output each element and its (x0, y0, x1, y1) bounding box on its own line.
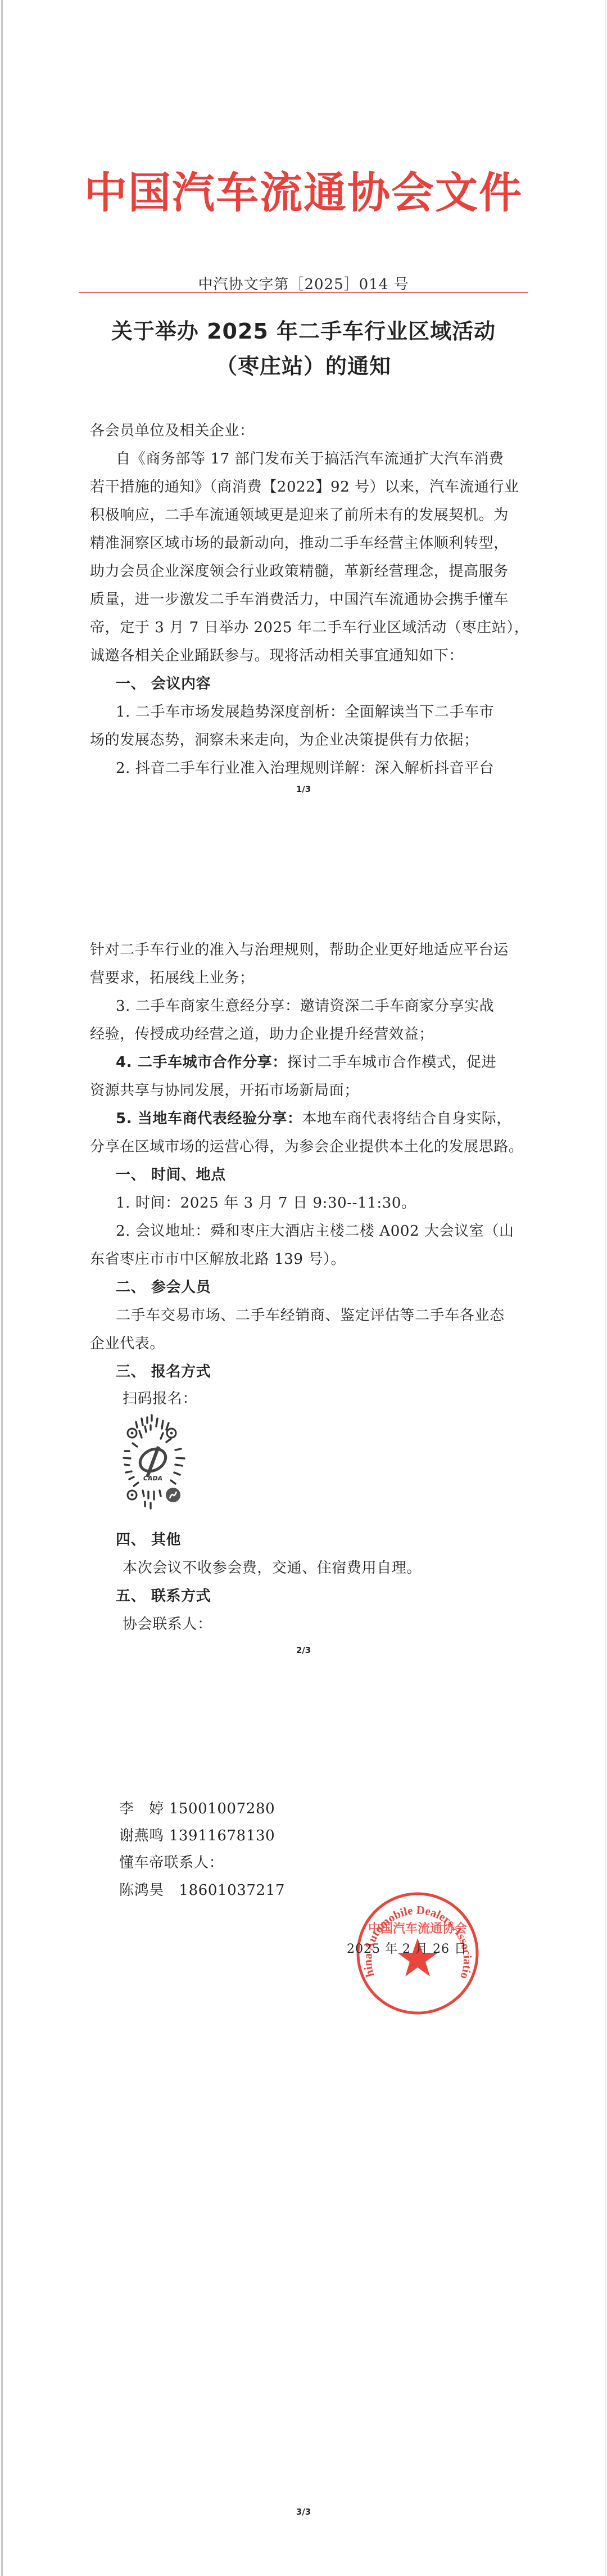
section-heading-contacts: 五、 联系方式 (116, 1584, 560, 1605)
agenda-item-4-label: 4. 二手车城市合作分享： (116, 1054, 287, 1071)
agenda-item-2-cont: 营要求，拓展线上业务； (90, 966, 534, 987)
svg-text:CADA: CADA (143, 1475, 162, 1482)
intro-line: 若干措施的通知》（商消费【2022】92 号）以来，汽车流通行业 (90, 475, 534, 496)
contact-row: 李 婷 15001007280 (119, 1797, 563, 1818)
agenda-item-1-cont: 场的发展态势，洞察未来走向，为企业决策提供有力依据； (90, 728, 534, 749)
attendees-text: 二手车交易市场、二手车经销商、鉴定评估等二手车各业态 (116, 1304, 560, 1325)
intro-line: 积极响应，二手车流通领域更是迎来了前所未有的发展契机。为 (90, 503, 534, 524)
contact-row: 陈鸿昊 18601037217 (119, 1879, 563, 1899)
issue-date: 2025 年 2 月 26 日 (347, 1939, 467, 1957)
registration-qr-code[interactable]: CADA (112, 1406, 197, 1513)
scan-label: 扫码报名： (123, 1387, 567, 1408)
agenda-item-2: 2. 抖音二手车行业准入治理规则详解：深入解析抖音平台 (116, 756, 560, 777)
document-title-line1: 关于举办 2025 年二手车行业区域活动 (0, 314, 607, 345)
agenda-item-4: 4. 二手车城市合作分享：探讨二手车城市合作模式，促进 (116, 1051, 560, 1071)
meeting-address-cont: 东省枣庄市市中区解放北路 139 号）。 (90, 1248, 534, 1268)
agenda-item-1: 1. 二手车市场发展趋势深度剖析：全面解读当下二手车市 (116, 700, 560, 721)
page-edge (605, 0, 606, 2576)
contact-name: 李 婷 (119, 1800, 164, 1817)
intro-line: 助力会员企业深度领会行业政策精髓，革新经营理念，提高服务 (90, 560, 534, 580)
page-number: 3/3 (0, 2507, 607, 2517)
contact-phone: 13911678130 (169, 1827, 275, 1844)
contact-phone: 15001007280 (169, 1800, 275, 1817)
salutation: 各会员单位及相关企业： (90, 419, 534, 440)
page-edge (1, 0, 3, 2576)
contact-name: 谢燕鸣 (119, 1827, 164, 1844)
section-heading-attendees: 二、 参会人员 (116, 1276, 560, 1296)
red-divider (79, 292, 528, 293)
meeting-address: 2. 会议地址：舜和枣庄大酒店主楼二楼 A002 大会议室（山 (116, 1219, 560, 1240)
other-text: 本次会议不收参会费，交通、住宿费用自理。 (123, 1556, 567, 1577)
page-number: 2/3 (0, 1645, 607, 1655)
agenda-item-4-text: 探讨二手车城市合作模式，促进 (287, 1054, 496, 1071)
intro-line: 质量，进一步激发二手车消费活力，中国汽车流通协会携手懂车 (90, 588, 534, 609)
agenda-item-5-label: 5. 当地车商代表经验分享： (116, 1110, 302, 1127)
section-heading-registration: 三、 报名方式 (116, 1360, 560, 1381)
intro-line: 自《商务部等 17 部门发布关于搞活汽车流通扩大汽车消费 (116, 447, 560, 468)
contact-phone: 18601037217 (179, 1882, 285, 1899)
section-heading-time-place: 一、 时间、地点 (116, 1163, 560, 1184)
mini-program-code-icon: CADA (112, 1406, 197, 1513)
org-red-header: 中国汽车流通协会文件 (0, 159, 607, 220)
svg-text:中国汽车流通协会: 中国汽车流通协会 (368, 1921, 467, 1936)
agenda-item-2-cont: 针对二手车行业的准入与治理规则，帮助企业更好地适应平台运 (90, 938, 534, 959)
attendees-text-cont: 企业代表。 (90, 1332, 534, 1353)
agenda-item-3-cont: 经验，传授成功经营之道，助力企业提升经营效益； (90, 1023, 534, 1043)
agenda-item-4-cont: 资源共享与协同发展，开拓市场新局面； (90, 1079, 534, 1100)
meeting-time: 1. 时间：2025 年 3 月 7 日 9:30--11:30。 (116, 1191, 560, 1212)
agenda-item-5-text: 本地车商代表将结合自身实际， (302, 1110, 511, 1127)
document-title-line2: （枣庄站）的通知 (0, 349, 607, 380)
section-heading-other: 四、 其他 (116, 1528, 560, 1549)
section-heading-content: 一、 会议内容 (116, 672, 560, 693)
agenda-item-5: 5. 当地车商代表经验分享：本地车商代表将结合自身实际， (116, 1107, 560, 1128)
intro-line: 诚邀各相关企业踊跃参与。现将活动相关事宜通知如下： (90, 644, 534, 665)
intro-line: 精准洞察区域市场的最新动向，推动二手车经营主体顺利转型， (90, 532, 534, 552)
document-number: 中汽协文字第［2025］014 号 (0, 273, 607, 294)
dcd-contacts-label: 懂车帝联系人： (119, 1851, 563, 1872)
page-number: 1/3 (0, 784, 607, 794)
agenda-item-5-cont: 分享在区域市场的运营心得，为参会企业提供本土化的发展思路。 (90, 1135, 534, 1156)
contact-row: 谢燕鸣 13911678130 (119, 1824, 563, 1845)
contact-name: 陈鸿昊 (119, 1882, 164, 1899)
association-contacts-label: 协会联系人： (123, 1613, 567, 1633)
intro-line: 帝，定于 3 月 7 日举办 2025 年二手车行业区域活动（枣庄站）， (90, 616, 534, 637)
agenda-item-3: 3. 二手车商家生意经分享：邀请资深二手车商家分享实战 (116, 994, 560, 1015)
